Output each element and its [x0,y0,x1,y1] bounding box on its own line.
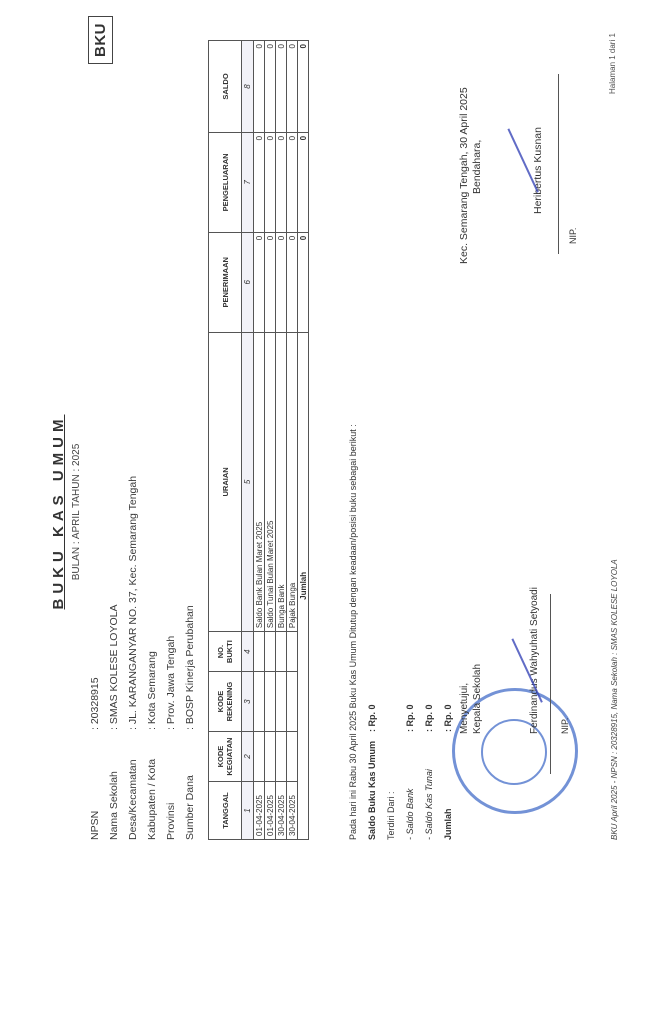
column-number: 5 [242,332,254,631]
cell-kode-rekening [265,672,276,732]
info-row-nama-sekolah: Nama Sekolah: SMAS KOLESE LOYOLA [105,476,124,840]
cell-uraian: Bunga Bank [276,332,287,631]
info-label: Kabupaten / Kota [143,730,162,840]
jumlah-row: Jumlah: Rp. 0 [439,424,458,840]
table-row: 01-04-2025 Saldo Bank Bulan Maret 2025 0… [254,41,265,840]
closing-summary: Pada hari ini Rabu 30 April 2025 Buku Ka… [344,424,458,840]
column-header: NO. BUKTI [209,632,242,672]
info-value: : SMAS KOLESE LOYOLA [105,605,124,730]
cell-no-bukti [276,632,287,672]
column-number: 6 [242,232,254,332]
column-number: 4 [242,632,254,672]
cell-kode-kegiatan [265,732,276,782]
info-row-npsn: NPSN: 20328915 [86,476,105,840]
info-row-desa-kecamatan: Desa/Kecamatan: JL. KARANGANYAR NO. 37, … [124,476,143,840]
cell-penerimaan: 0 [254,232,265,332]
cell-penerimaan: 0 [265,232,276,332]
saldo-bank-row: - Saldo Bank: Rp. 0 [401,424,420,840]
column-header: PENERIMAAN [209,232,242,332]
cell-saldo: 0 [287,41,298,133]
cell-no-bukti [254,632,265,672]
column-header: SALDO [209,41,242,133]
total-pengeluaran: 0 [298,132,309,232]
cell-pengeluaran: 0 [254,132,265,232]
info-label: Provinsi [162,730,181,840]
cell-penerimaan: 0 [276,232,287,332]
column-number: 3 [242,672,254,732]
cell-tanggal: 30-04-2025 [276,782,287,840]
cell-uraian: Pajak Bunga [287,332,298,631]
info-row-provinsi: Provinsi: Prov. Jawa Tengah [162,476,181,840]
page-number: Halaman 1 dari 1 [608,33,617,94]
info-value: : 20328915 [86,677,105,730]
school-info: NPSN: 20328915 Nama Sekolah: SMAS KOLESE… [86,476,200,840]
cell-pengeluaran: 0 [265,132,276,232]
signature-line [550,594,551,774]
cell-tanggal: 30-04-2025 [287,782,298,840]
cell-pengeluaran: 0 [276,132,287,232]
total-penerimaan: 0 [298,232,309,332]
cell-kode-kegiatan [287,732,298,782]
saldo-bku-value: : Rp. 0 [363,704,382,732]
cell-penerimaan: 0 [287,232,298,332]
column-header: URAIAN [209,332,242,631]
cell-kode-rekening [287,672,298,732]
terdiri-dari-label: Terdiri Dari : [382,424,401,840]
cell-no-bukti [265,632,276,672]
cell-saldo: 0 [276,41,287,133]
document-subtitle: BULAN : APRIL TAHUN : 2025 [71,0,82,1024]
nip-label: NIP. [559,554,572,734]
closing-statement: Pada hari ini Rabu 30 April 2025 Buku Ka… [344,424,363,840]
table-row: 30-04-2025 Bunga Bank 0 0 0 [276,41,287,840]
place-date: Kec. Semarang Tengah, 30 April 2025 [458,44,471,264]
bku-badge: BKU [88,16,113,64]
cell-tanggal: 01-04-2025 [254,782,265,840]
saldo-bank-label: - Saldo Bank [401,732,420,840]
bku-table: TANGGAL KODE KEGIATAN KODE REKENING NO. … [208,40,309,840]
column-header: KODE KEGIATAN [209,732,242,782]
cell-tanggal: 01-04-2025 [265,782,276,840]
column-number: 7 [242,132,254,232]
column-header: TANGGAL [209,782,242,840]
cell-kode-rekening [276,672,287,732]
column-number: 2 [242,732,254,782]
table-row: 30-04-2025 Pajak Bunga 0 0 0 [287,41,298,840]
cell-no-bukti [287,632,298,672]
info-label: Desa/Kecamatan [124,730,143,840]
column-number-row: 1 2 3 4 5 6 7 8 [242,41,254,840]
column-header: KODE REKENING [209,672,242,732]
column-number: 8 [242,41,254,133]
signature-bendahara: Kec. Semarang Tengah, 30 April 2025 Bend… [458,44,580,264]
cell-kode-rekening [254,672,265,732]
info-value: : Prov. Jawa Tengah [162,636,181,730]
bku-document-page: BKU BUKU KAS UMUM BULAN : APRIL TAHUN : … [0,0,670,1024]
table-row: 01-04-2025 Saldo Tunai Bulan Maret 2025 … [265,41,276,840]
cell-kode-kegiatan [276,732,287,782]
cell-saldo: 0 [265,41,276,133]
column-header: PENGELUARAN [209,132,242,232]
info-value: : Kota Semarang [143,651,162,730]
signature-line [558,74,559,254]
signatory-name: Heribertus Kusnan [532,44,545,264]
info-label: Nama Sekolah [105,730,124,840]
saldo-bku-row: Saldo Buku Kas Umum: Rp. 0 [363,424,382,840]
cell-saldo: 0 [254,41,265,133]
saldo-tunai-row: - Saldo Kas Tunai: Rp. 0 [420,424,439,840]
total-label: Jumlah [298,332,309,839]
document-header: BUKU KAS UMUM BULAN : APRIL TAHUN : 2025 [50,0,82,1024]
column-number: 1 [242,782,254,840]
saldo-bku-label: Saldo Buku Kas Umum [363,732,382,840]
table-header-row: TANGGAL KODE KEGIATAN KODE REKENING NO. … [209,41,242,840]
signature-kepala-sekolah: Menyetujui, Kepala Sekolah Ferdinandus W… [458,554,572,774]
info-value: : BOSP Kinerja Perubahan [181,605,200,730]
table-total-row: Jumlah 0 0 0 [298,41,309,840]
info-row-sumber-dana: Sumber Dana: BOSP Kinerja Perubahan [181,476,200,840]
cell-uraian: Saldo Bank Bulan Maret 2025 [254,332,265,631]
info-label: Sumber Dana [181,730,200,840]
info-value: : JL. KARANGANYAR NO. 37, Kec. Semarang … [124,476,143,730]
role-label: Kepala Sekolah [471,554,484,734]
approval-label: Menyetujui, [458,554,471,734]
nip-label: NIP. [567,44,580,264]
cell-uraian: Saldo Tunai Bulan Maret 2025 [265,332,276,631]
document-title: BUKU KAS UMUM [50,415,67,610]
cell-kode-kegiatan [254,732,265,782]
document-footer: BKU April 2025 - NPSN : 20328915, Nama S… [610,559,619,840]
info-row-kabupaten: Kabupaten / Kota: Kota Semarang [143,476,162,840]
saldo-bank-value: : Rp. 0 [401,704,420,732]
saldo-tunai-label: - Saldo Kas Tunai [420,732,439,840]
saldo-tunai-value: : Rp. 0 [420,704,439,732]
info-label: NPSN [86,730,105,840]
total-saldo: 0 [298,41,309,133]
cell-pengeluaran: 0 [287,132,298,232]
